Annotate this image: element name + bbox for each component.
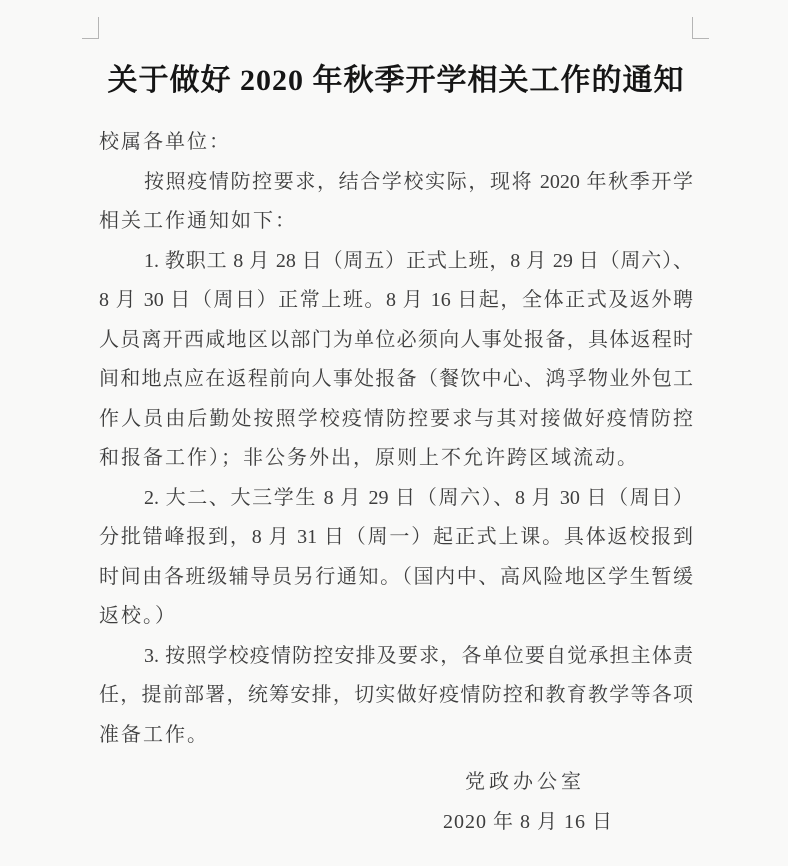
body-line-6: 人员离开西咸地区以部门为单位必须向人事处报备，具体返程时 <box>99 321 693 361</box>
body-line-16: 准备工作。 <box>99 716 693 756</box>
body-line-2: 按照疫情防控要求，结合学校实际，现将 2020 年秋季开学 <box>99 163 693 203</box>
crop-mark-top-left-icon <box>82 17 99 39</box>
crop-mark-top-right-icon <box>692 17 709 39</box>
body-line-5: 8 月 30 日（周日）正常上班。8 月 16 日起，全体正式及返外聘 <box>99 281 693 321</box>
body-line-8: 作人员由后勤处按照学校疫情防控要求与其对接做好疫情防控 <box>99 400 693 440</box>
signature-office: 党政办公室 <box>99 763 693 803</box>
body-line-7: 间和地点应在返程前向人事处报备（餐饮中心、鸿孚物业外包工 <box>99 360 693 400</box>
document-body: 校属各单位： 按照疫情防控要求，结合学校实际，现将 2020 年秋季开学 相关工… <box>99 123 693 755</box>
body-line-13: 返校。） <box>99 597 693 637</box>
notice-document-page: 关于做好 2020 年秋季开学相关工作的通知 校属各单位： 按照疫情防控要求，结… <box>0 0 788 866</box>
salutation-line: 校属各单位： <box>99 123 693 163</box>
body-line-11: 分批错峰报到，8 月 31 日（周一）起正式上课。具体返校报到 <box>99 518 693 558</box>
body-line-12: 时间由各班级辅导员另行通知。（国内中、高风险地区学生暂缓 <box>99 558 693 598</box>
signature-date: 2020 年 8 月 16 日 <box>99 803 693 843</box>
body-line-3: 相关工作通知如下： <box>99 202 693 242</box>
body-line-9: 和报备工作）；非公务外出，原则上不允许跨区域流动。 <box>99 439 693 479</box>
signature-block: 党政办公室 2020 年 8 月 16 日 <box>99 763 693 842</box>
body-line-15: 任，提前部署，统筹安排，切实做好疫情防控和教育教学等各项 <box>99 676 693 716</box>
body-line-4: 1. 教职工 8 月 28 日（周五）正式上班，8 月 29 日（周六）、 <box>99 242 693 282</box>
document-title: 关于做好 2020 年秋季开学相关工作的通知 <box>99 58 693 104</box>
body-line-10: 2. 大二、大三学生 8 月 29 日（周六）、8 月 30 日（周日） <box>99 479 693 519</box>
body-line-14: 3. 按照学校疫情防控安排及要求，各单位要自觉承担主体责 <box>99 637 693 677</box>
